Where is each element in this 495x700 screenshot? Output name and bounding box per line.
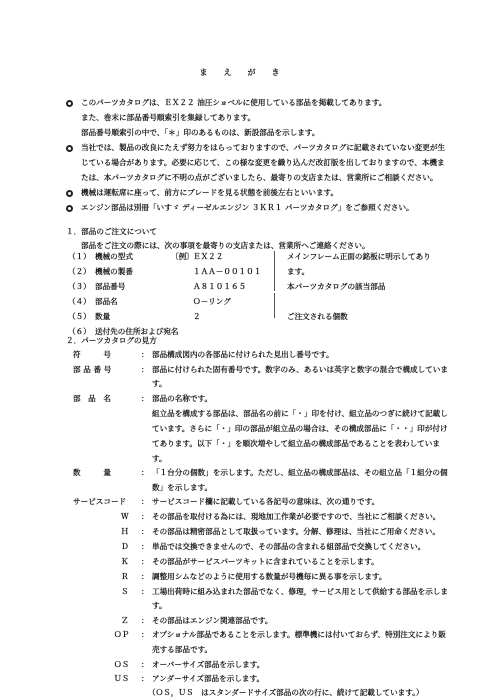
code-desc: オプショナル部品であることを示します。標準機には付いておらず、特別注文により販: [152, 629, 446, 640]
section-lead: 部品をご注文の際には、次の事項を最寄りの支店または、営業所へご連絡ください。: [81, 240, 370, 251]
intro-text: 部品番号順索引の中で、「＊」印のあるものは、新設部品を示します。: [81, 127, 319, 138]
intro-text: 機械は運転席に座って、前方にブレードを見る状態を前後左右といいます。: [81, 187, 338, 198]
bullet-icon: [66, 190, 73, 197]
code-desc: オーバーサイズ部品を示します。: [152, 659, 264, 670]
colon: ：: [141, 364, 149, 375]
section-heading: ２．パーツカタログの見方: [66, 335, 157, 346]
intro-text: 当社では、製品の改良にたえず努力をはらっておりますので、パーツカタログに記載され…: [81, 142, 445, 153]
colon: ：: [141, 511, 149, 522]
colon: ：: [141, 467, 149, 478]
example-label: 〔例〕: [171, 251, 194, 262]
page-title: まえがき: [0, 67, 495, 78]
term-label: 符 号: [73, 349, 111, 360]
order-num: （３）: [68, 281, 91, 292]
intro-text: たは、本パーツカタログに不明の点がございましたら、最寄りの支店または、営業所にご…: [81, 172, 438, 183]
colon: ：: [141, 629, 149, 640]
order-note: ご注文される個数: [287, 311, 348, 322]
colon: ：: [141, 556, 149, 567]
code-desc: その部品を取付ける為には、現地加工作業が必要ですので、当社にご相談ください。: [152, 511, 440, 522]
code-label: Ｋ: [121, 556, 129, 567]
code-desc: その部品がサービスパーツキットに含まれていることを示します。: [152, 556, 379, 567]
code-label: Ｄ: [121, 541, 129, 552]
term-desc: 部品構成図内の各部品に付けられた見出し番号です。: [152, 349, 334, 360]
term-desc: 「１台分の個数」を示します。ただし、組立品の構成部品は、その組立品「１組分の個: [152, 467, 448, 478]
term-desc: サービスコード欄に記載している各記号の意味は、次の通りです。: [152, 496, 379, 507]
term-desc: てあります。以下「・」を順次増やして組立品の構成部品であることを表わしていま: [152, 438, 440, 449]
order-num: （４）: [68, 296, 91, 307]
divider: [274, 293, 275, 318]
colon: ：: [141, 571, 149, 582]
footnote: （ＯＳ，ＵＳ はスタンダードサイズ部品の次の行に、続けて記載しています。）: [148, 687, 424, 698]
order-value: ２: [193, 311, 201, 322]
colon: ：: [141, 541, 149, 552]
term-desc: 部品の名称です。: [152, 393, 212, 404]
colon: ：: [141, 586, 149, 597]
code-desc: 工場出荷時に組み込まれた部品でなく、修理，サービス用として供給する部品を示しま: [152, 586, 448, 597]
order-value: Ａ８１０１６５: [193, 281, 246, 292]
order-label: 部品番号: [95, 281, 125, 292]
term-desc: 部品に付けられた固有番号です。数字のみ、あるいは英字と数字の混合で構成していま: [152, 364, 448, 375]
code-desc: その部品はエンジン関連部品です。: [152, 615, 273, 626]
colon: ：: [141, 673, 149, 684]
term-label: 数 量: [73, 467, 111, 478]
bullet-icon: [66, 205, 73, 212]
term-label: サービスコード: [73, 496, 126, 507]
term-desc: ています。さらに「・」印の部品が組立品の場合は、その構成部品に「・・」印が付け: [152, 423, 448, 434]
order-label: 部品名: [95, 296, 118, 307]
order-label: 数量: [95, 311, 110, 322]
colon: ：: [141, 526, 149, 537]
order-note: ます。: [287, 266, 309, 277]
section-heading: １．部品のご注文について: [66, 226, 157, 237]
colon: ：: [141, 349, 149, 360]
code-label: ＯＳ: [114, 659, 129, 670]
intro-text: エンジン部品は別冊「いすゞ ディーゼルエンジン ３ＫＲ１ パーツカタログ」をご参…: [81, 202, 414, 213]
order-note: 本パーツカタログの該当部品: [287, 281, 385, 292]
colon: ：: [141, 615, 149, 626]
bullet-icon: [66, 100, 73, 107]
code-label: Ｒ: [121, 571, 129, 582]
bullet-icon: [66, 145, 73, 152]
document-page: まえがき このパーツカタログは、ＥＸ２２ 油圧ショベルに使用している部品を掲載し…: [0, 0, 495, 700]
intro-text: このパーツカタログは、ＥＸ２２ 油圧ショベルに使用している部品を掲載してあります…: [81, 97, 386, 108]
order-label: 機械の製番: [95, 266, 133, 277]
code-desc: す。: [152, 600, 167, 611]
order-num: （２）: [68, 266, 91, 277]
order-value: ＥＸ２２: [193, 251, 223, 262]
order-note: メインフレーム正面の銘板に明示してあり: [287, 251, 431, 262]
order-num: （１）: [68, 251, 91, 262]
code-label: ＵＳ: [114, 673, 129, 684]
intro-text: じている場合があります。必要に応じて、この様な変更を織り込んだ改訂版を出しており…: [81, 157, 445, 168]
order-value: １ＡＡ－００１０１: [193, 266, 261, 277]
term-desc: す。: [152, 378, 167, 389]
term-desc: 組立品を構成する部品は、部品名の前に「・」印を付け、組立品のつぎに続けて記載し: [152, 408, 448, 419]
order-label: 機械の型式: [95, 251, 133, 262]
order-value: Ｏ－リング: [193, 296, 231, 307]
code-desc: 単品では交換できませんので、その部品の含まれる組部品で交換してください。: [152, 541, 425, 552]
code-desc: 調整用シムなどのように使用する数量が号機毎に異る事を示します。: [152, 571, 387, 582]
code-label: Ｈ: [121, 526, 129, 537]
code-label: Ｗ: [121, 511, 129, 522]
intro-text: また、巻末に部品番号順索引を集録してあります。: [81, 112, 255, 123]
code-label: Ｓ: [121, 586, 129, 597]
order-num: （５）: [68, 311, 91, 322]
term-desc: 数」を示します。: [152, 482, 212, 493]
code-label: Ｚ: [121, 615, 129, 626]
code-desc: アンダーサイズ部品を示します。: [152, 673, 264, 684]
code-label: ＯＰ: [114, 629, 129, 640]
divider: [274, 251, 275, 291]
colon: ：: [141, 659, 149, 670]
term-desc: す。: [152, 453, 167, 464]
colon: ：: [141, 496, 149, 507]
code-desc: 売する部品です。: [152, 644, 212, 655]
term-label: 部 品 名: [73, 393, 111, 404]
code-desc: その部品は精密部品として取扱っています。分解、修理は、当社にご用命ください。: [152, 526, 440, 537]
colon: ：: [141, 393, 149, 404]
term-label: 部 品 番 号: [73, 364, 111, 375]
